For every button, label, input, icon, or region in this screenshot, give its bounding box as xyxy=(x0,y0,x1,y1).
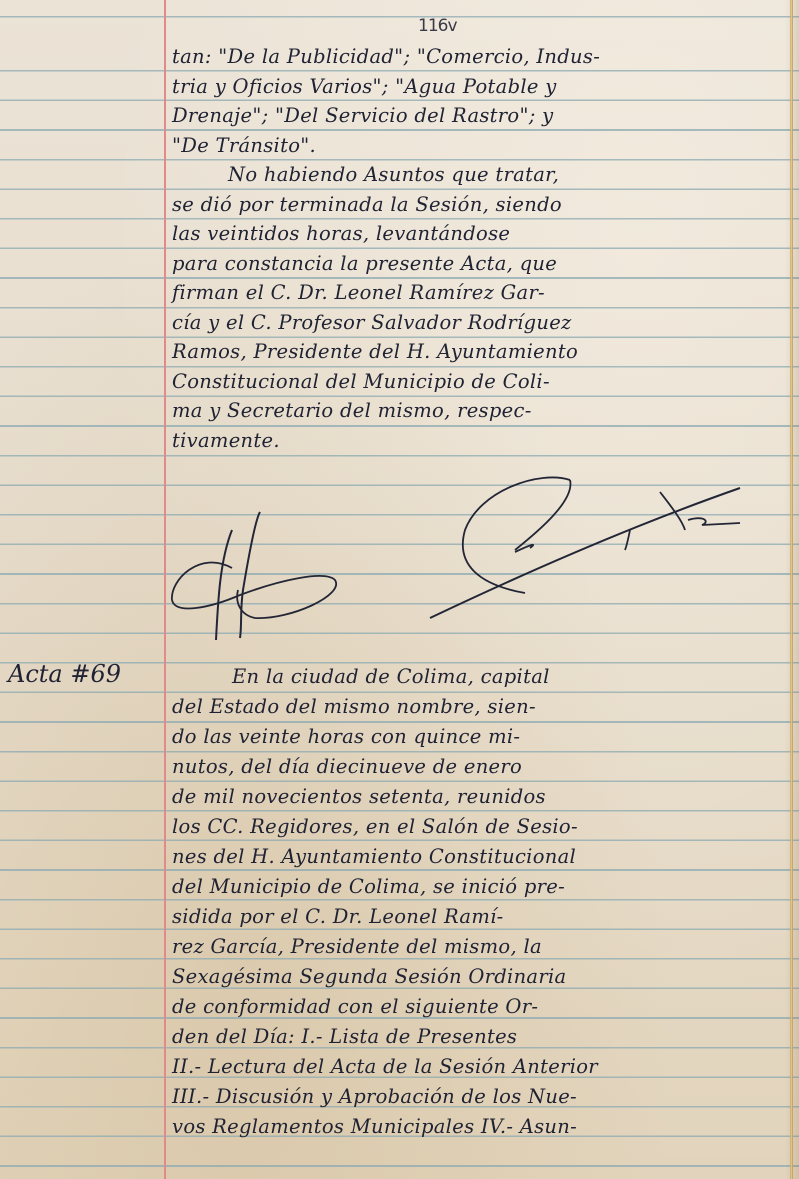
text-line: Sexagésima Segunda Sesión Ordinaria xyxy=(172,962,566,992)
text-line: No habiendo Asuntos que tratar, xyxy=(228,160,559,190)
text-line: vos Reglamentos Municipales IV.- Asun- xyxy=(172,1112,577,1142)
text-line: tan: "De la Publicidad"; "Comercio, Indu… xyxy=(172,42,600,72)
folio-number: 116v xyxy=(418,16,457,36)
ledger-page: 116v tan: "De la Publicidad"; "Comercio,… xyxy=(0,0,799,1179)
text-line: II.- Lectura del Acta de la Sesión Anter… xyxy=(172,1052,598,1082)
text-line: firman el C. Dr. Leonel Ramírez Gar- xyxy=(172,278,545,308)
text-line: Ramos, Presidente del H. Ayuntamiento xyxy=(172,337,578,367)
text-line: "De Tránsito". xyxy=(172,131,316,161)
binding-thread xyxy=(790,0,793,1179)
text-line: del Municipio de Colima, se inició pre- xyxy=(172,872,565,902)
text-line: den del Día: I.- Lista de Presentes xyxy=(172,1022,517,1052)
text-line: tivamente. xyxy=(172,426,280,456)
text-line: sidida por el C. Dr. Leonel Ramí- xyxy=(172,902,504,932)
text-line: los CC. Regidores, en el Salón de Sesio- xyxy=(172,812,578,842)
signature-left xyxy=(160,490,360,650)
text-line: Drenaje"; "Del Servicio del Rastro"; y xyxy=(172,101,553,131)
text-line: Constitucional del Municipio de Coli- xyxy=(172,367,550,397)
text-line: En la ciudad de Colima, capital xyxy=(232,662,550,692)
text-line: se dió por terminada la Sesión, siendo xyxy=(172,190,562,220)
text-line: de mil novecientos setenta, reunidos xyxy=(172,782,546,812)
text-line: nes del H. Ayuntamiento Constitucional xyxy=(172,842,576,872)
text-line: III.- Discusión y Aprobación de los Nue- xyxy=(172,1082,577,1112)
signature-right xyxy=(420,470,750,630)
text-line: nutos, del día diecinueve de enero xyxy=(172,752,522,782)
text-line: do las veinte horas con quince mi- xyxy=(172,722,520,752)
text-line: tria y Oficios Varios"; "Agua Potable y xyxy=(172,72,557,102)
acta-number-label: Acta #69 xyxy=(8,660,121,688)
text-line: las veintidos horas, levantándose xyxy=(172,219,510,249)
text-line: rez García, Presidente del mismo, la xyxy=(172,932,542,962)
text-line: de conformidad con el siguiente Or- xyxy=(172,992,538,1022)
text-line: ma y Secretario del mismo, respec- xyxy=(172,396,532,426)
text-line: para constancia la presente Acta, que xyxy=(172,249,557,279)
text-line: cía y el C. Profesor Salvador Rodríguez xyxy=(172,308,572,338)
text-line: del Estado del mismo nombre, sien- xyxy=(172,692,536,722)
